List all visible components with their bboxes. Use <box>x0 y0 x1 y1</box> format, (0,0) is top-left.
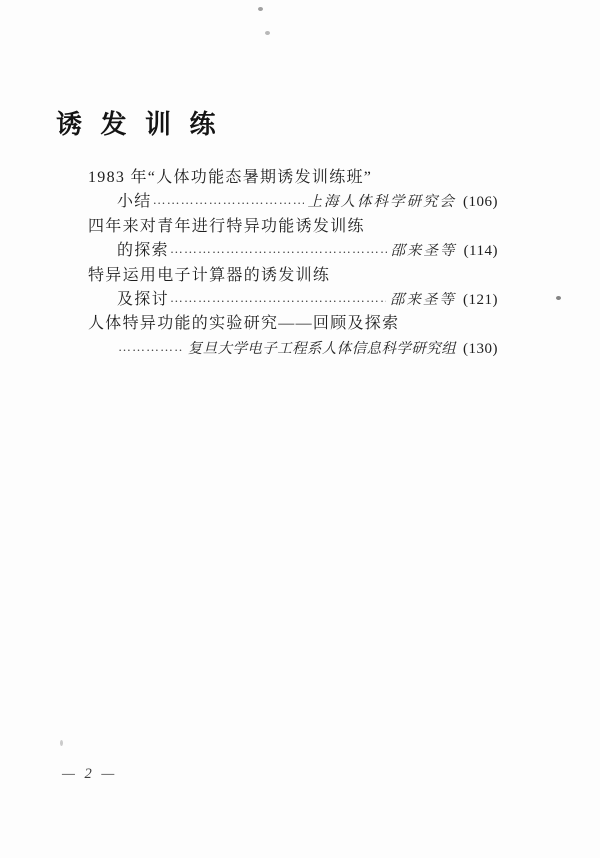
scan-speck <box>258 7 263 11</box>
dot-leader: ……………………………………………………………… <box>153 188 304 212</box>
scan-speck <box>265 31 270 35</box>
toc-entry-page-number: (130) <box>463 337 498 361</box>
toc-entry-author: 复旦大学电子工程系人体信息科学研究组 <box>188 337 456 361</box>
toc-entry-subtitle: 小结 <box>117 190 152 214</box>
toc-entry-detail: 的探索 ……………………………………………………………… 邵来圣等 (114) <box>88 239 498 263</box>
toc-entry-page-number: (114) <box>464 239 498 263</box>
toc-entry-title: 四年来对青年进行特异功能诱发训练 <box>88 215 498 239</box>
dot-leader: ……………………………………………………………… <box>170 286 386 310</box>
toc-entry-detail: 及探讨 ……………………………………………………………… 邵来圣等 (121) <box>88 288 498 312</box>
toc-entry-detail: ……………………………………………………………… 复旦大学电子工程系人体信息科学… <box>88 337 498 361</box>
dot-leader: ……………………………………………………………… <box>118 335 184 359</box>
toc-entry-subtitle: 的探索 <box>117 239 169 263</box>
dot-leader: ……………………………………………………………… <box>170 237 387 261</box>
toc-entry-author: 邵来圣等 <box>390 288 456 312</box>
section-heading: 诱 发 训 练 <box>56 104 222 141</box>
toc-list: 1983 年“人体功能态暑期诱发训练班” 小结 …………………………………………… <box>88 166 498 361</box>
toc-entry: 特异运用电子计算器的诱发训练 及探讨 ………………………………………………………… <box>88 264 498 313</box>
toc-entry: 四年来对青年进行特异功能诱发训练 的探索 …………………………………………………… <box>88 215 498 264</box>
toc-entry: 人体特异功能的实验研究——回顾及探索 ………………………………………………………… <box>88 312 498 361</box>
page-number: — 2 — <box>62 766 117 783</box>
toc-entry: 1983 年“人体功能态暑期诱发训练班” 小结 …………………………………………… <box>88 166 498 215</box>
toc-entry-title: 特异运用电子计算器的诱发训练 <box>88 264 498 288</box>
toc-entry-page-number: (121) <box>463 288 498 312</box>
toc-entry-subtitle: 及探讨 <box>117 288 169 312</box>
scan-speck <box>60 740 63 746</box>
toc-entry-title: 1983 年“人体功能态暑期诱发训练班” <box>88 166 498 190</box>
scan-speck <box>556 296 561 300</box>
book-page: 诱 发 训 练 1983 年“人体功能态暑期诱发训练班” 小结 ……………………… <box>0 0 600 858</box>
toc-entry-author: 邵来圣等 <box>391 239 457 263</box>
toc-entry-title: 人体特异功能的实验研究——回顾及探索 <box>88 312 498 336</box>
toc-entry-page-number: (106) <box>463 190 498 214</box>
toc-entry-author: 上海人体科学研究会 <box>308 190 457 214</box>
toc-entry-detail: 小结 ……………………………………………………………… 上海人体科学研究会 (1… <box>88 190 498 214</box>
